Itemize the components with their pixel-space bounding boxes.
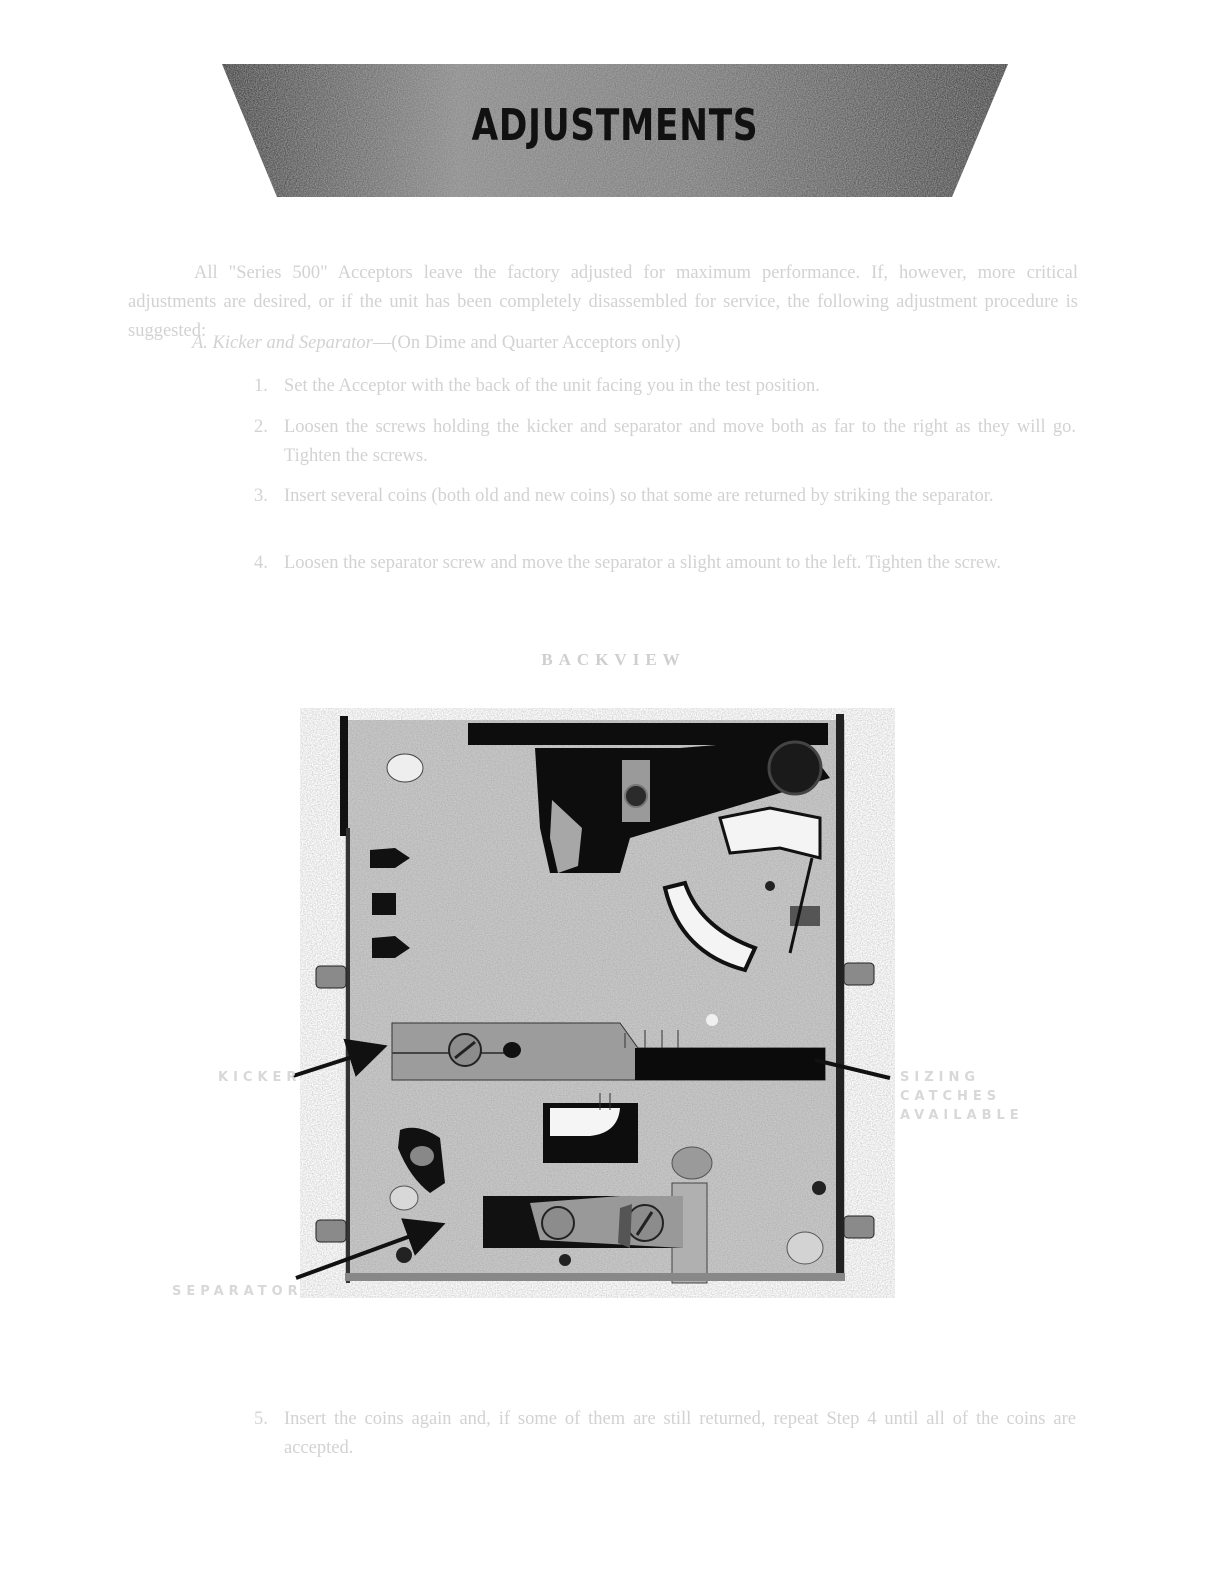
step-3: 3.Insert several coins (both old and new…	[254, 482, 1076, 511]
step-5: 5.Insert the coins again and, if some of…	[254, 1405, 1076, 1463]
step-2: 2.Loosen the screws holding the kicker a…	[254, 413, 1076, 471]
sizing-label-line: AVAILABLE	[900, 1106, 1024, 1125]
step-number: 5.	[254, 1405, 268, 1434]
section-heading: A. Kicker and Separator—(On Dime and Qua…	[192, 333, 681, 354]
step-text: Set the Acceptor with the back of the un…	[284, 376, 820, 396]
sizing-label-line: SIZING	[900, 1068, 1024, 1087]
sizing-label-line: CATCHES	[900, 1087, 1024, 1106]
step-number: 3.	[254, 482, 268, 511]
figure-caption: BACKVIEW	[0, 650, 1227, 670]
acceptor-mechanism-illustration	[300, 708, 900, 1298]
section-label: A. Kicker and Separator	[192, 333, 373, 353]
step-4: 4.Loosen the separator screw and move th…	[254, 549, 1076, 578]
acceptor-backview-photo	[300, 708, 900, 1298]
step-number: 1.	[254, 372, 268, 401]
step-1: 1.Set the Acceptor with the back of the …	[254, 372, 1076, 401]
step-text: Insert several coins (both old and new c…	[284, 486, 993, 506]
step-number: 2.	[254, 413, 268, 442]
separator-label: SEPARATOR	[172, 1282, 303, 1301]
sizing-catches-label: SIZING CATCHES AVAILABLE	[900, 1068, 1024, 1125]
step-text: Loosen the separator screw and move the …	[284, 553, 1001, 573]
step-text: Loosen the screws holding the kicker and…	[284, 417, 1076, 466]
step-text: Insert the coins again and, if some of t…	[284, 1409, 1076, 1458]
kicker-label: KICKER	[218, 1068, 301, 1087]
title-banner: ADJUSTMENTS	[222, 64, 1008, 197]
page-title: ADJUSTMENTS	[308, 100, 921, 151]
step-number: 4.	[254, 549, 268, 578]
section-note: —(On Dime and Quarter Acceptors only)	[373, 333, 681, 353]
